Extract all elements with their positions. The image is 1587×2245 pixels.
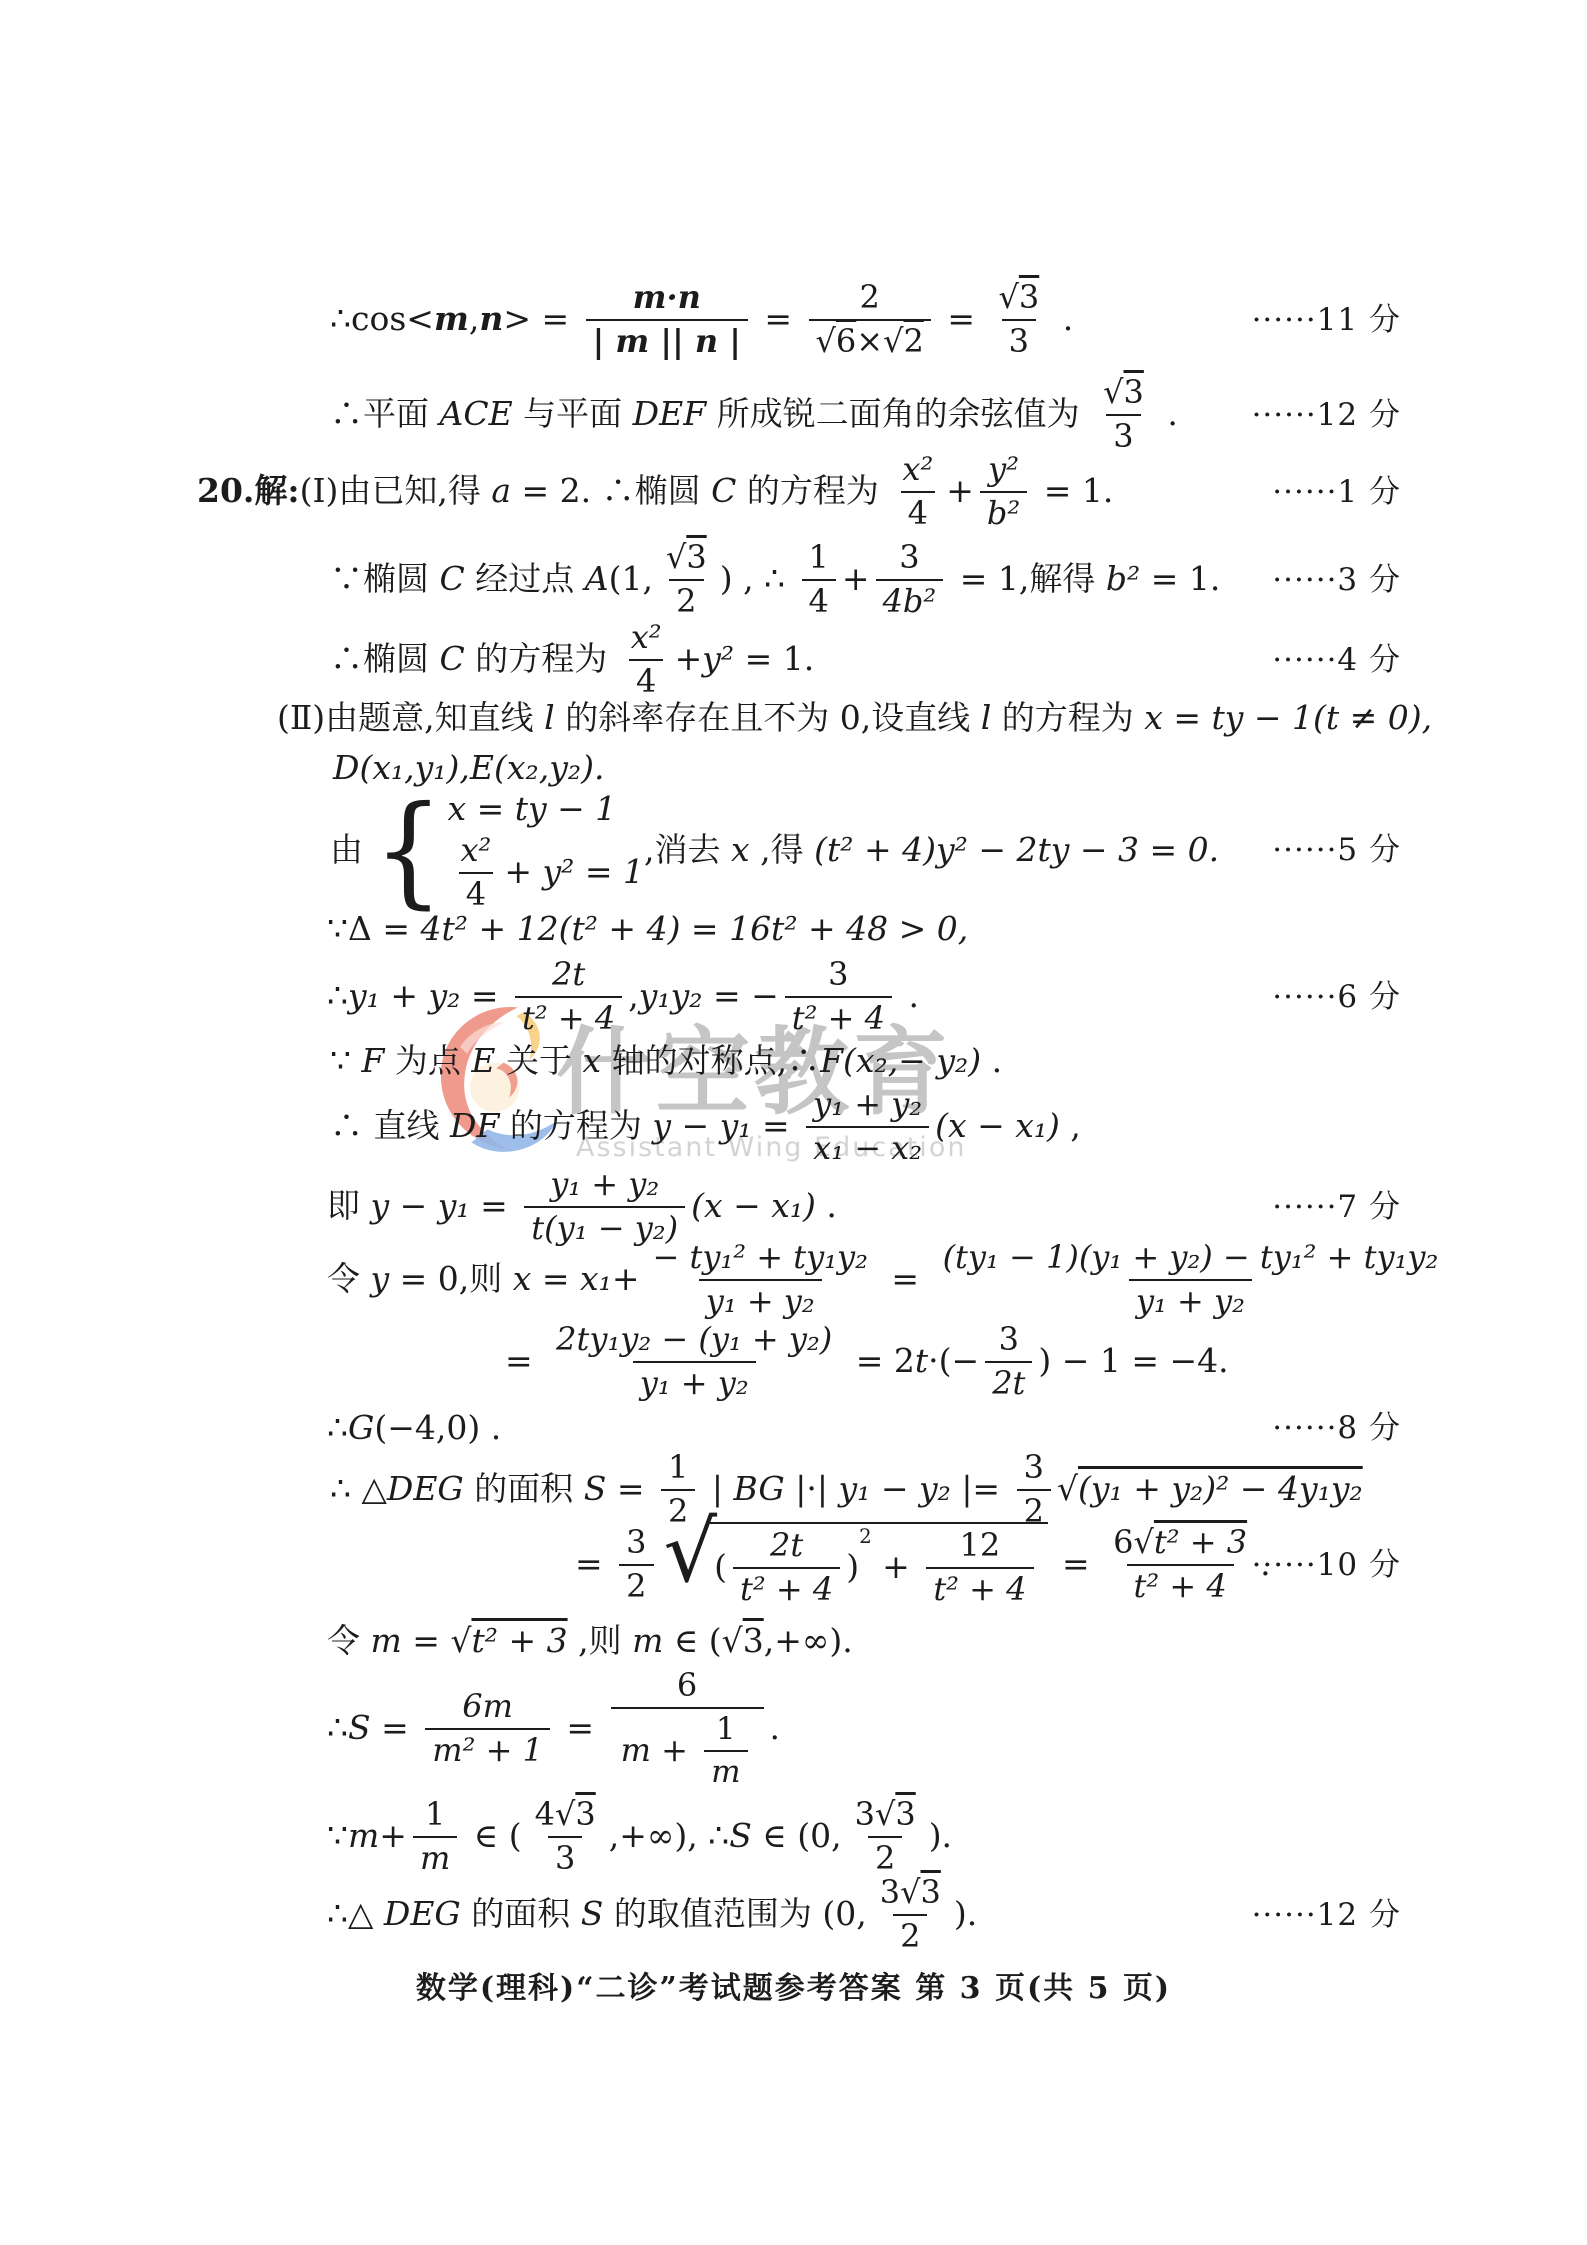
math-text: ,消去 — [644, 829, 731, 872]
math-var: (x − x₁) — [935, 1105, 1060, 1148]
frac-num: 1 — [661, 1450, 695, 1489]
solution-line-17: ∴ △DEG 的面积 S = 12 | BG |·| y₁ − y₂ |= 32… — [0, 1450, 1587, 1530]
frac-den: t² + 4 — [926, 1567, 1033, 1608]
math-text: . — [1052, 298, 1073, 341]
math-var: y — [371, 1258, 390, 1301]
math-text: ·(− — [928, 1340, 979, 1383]
math-var: ACE — [440, 393, 513, 436]
score-marker: ······10 分 — [1252, 1545, 1401, 1585]
sqrt-icon: √ — [1134, 1523, 1154, 1561]
frac-den: 2 — [619, 1564, 653, 1605]
fraction: 3√32 — [873, 1875, 948, 1955]
math-text: = — [881, 1258, 930, 1301]
math-text: + — [872, 1546, 921, 1589]
math-text: + — [675, 638, 703, 681]
math-text: ∴ — [327, 1707, 348, 1750]
frac-den: 4 — [901, 491, 935, 532]
math-var: S — [584, 1468, 607, 1511]
math-var: C — [440, 558, 465, 601]
math-var: F — [362, 1040, 385, 1083]
math-var: G — [348, 1407, 374, 1450]
sqrt-icon: √ — [1057, 1468, 1078, 1511]
math-var: S — [729, 1815, 752, 1858]
problem-number: 20.解: — [197, 470, 300, 513]
math-text: = 1. — [1033, 470, 1113, 513]
solution-line-3: 20.解:(Ⅰ)由已知,得 a = 2. ∴椭圆 C 的方程为 x²4 + y²… — [0, 452, 1587, 532]
frac-num: y² — [981, 452, 1026, 491]
frac-num: 3 — [821, 957, 855, 996]
fraction: 14 — [802, 540, 836, 620]
frac-num: x² — [895, 452, 940, 491]
math-var: l — [981, 697, 992, 740]
fraction: 1m — [413, 1797, 457, 1877]
math-var: F(x₂,− y₂) — [820, 1040, 981, 1083]
math-var: y − y₁ — [371, 1185, 470, 1228]
frac-den: | m || n | — [586, 319, 748, 360]
frac-den: t² + 4 — [785, 996, 892, 1037]
exponent: 2 — [859, 1524, 872, 1550]
frac-den: m² + 1 — [425, 1728, 550, 1769]
sqrt-body: 2 — [903, 322, 923, 360]
math-text: 令 — [327, 1620, 371, 1663]
math-text: ∵ — [327, 1815, 348, 1858]
math-var: 4t² + 12(t² + 4) = 16t² + 48 > 0, — [420, 908, 968, 951]
sqrt-icon: √ — [900, 1873, 920, 1911]
math-var: S — [348, 1707, 371, 1750]
math-text: ∴平面 — [330, 393, 440, 436]
score-marker: ······4 分 — [1272, 640, 1401, 680]
frac-num: 3 — [619, 1525, 653, 1564]
frac-den: y₁ + y₂ — [1129, 1279, 1252, 1320]
fraction: 2tt² + 4 — [733, 1528, 840, 1608]
frac-num: 6 — [670, 1668, 704, 1707]
solution-line-22: ∴△ DEG 的面积 S 的取值范围为 (0, 3√32 ). ······12… — [0, 1875, 1587, 1955]
math-text: = — [556, 1707, 605, 1750]
fraction: √33 — [1096, 375, 1151, 455]
page-footer: 数学(理科)“二诊”考试题参考答案 第 3 页(共 5 页) — [0, 1963, 1587, 2007]
math-var: n — [479, 298, 503, 341]
score-marker: ······1 分 — [1272, 472, 1401, 512]
math-var: S — [581, 1893, 604, 1936]
frac-den: t² + 4 — [1127, 1564, 1234, 1605]
frac-num: 6√t² + 3 — [1106, 1525, 1254, 1564]
frac-den: 3 — [548, 1836, 582, 1877]
sqrt-icon: √ — [450, 1620, 471, 1663]
math-var: E — [471, 1040, 495, 1083]
math-text: + — [379, 1815, 407, 1858]
math-var: (t² + 4)y² − 2ty − 3 = 0. — [814, 829, 1219, 872]
math-var: m — [371, 1620, 402, 1663]
brace-icon: { — [374, 790, 444, 911]
math-text: 与平面 — [513, 393, 633, 436]
math-text: 关于 — [495, 1040, 582, 1083]
frac-num: √3 — [659, 540, 714, 579]
frac-num: x² — [454, 833, 499, 872]
math-var: (x − x₁) — [691, 1185, 816, 1228]
fraction: √32 — [659, 540, 714, 620]
solution-line-1: ∴cos<m,n> = m·n| m || n | = 2√6×√2 = √33… — [0, 280, 1587, 360]
math-text: ∴ △ — [330, 1468, 387, 1511]
sqrt-body: t² + 3 — [471, 1620, 567, 1663]
math-text: ∴ — [327, 975, 348, 1018]
fraction: y²b² — [980, 452, 1027, 532]
math-text: 的面积 — [464, 1468, 584, 1511]
frac-num: y₁ + y₂ — [806, 1087, 929, 1126]
fraction: 6√t² + 3t² + 4 — [1106, 1525, 1254, 1605]
math-var: x — [582, 1040, 601, 1083]
math-text: = — [460, 975, 509, 1018]
fraction: 32t — [985, 1322, 1032, 1402]
math-var: x = x₁ — [513, 1258, 612, 1301]
solution-line-10: ∴y₁ + y₂ = 2tt² + 4 ,y₁y₂ = − 3t² + 4 . … — [0, 957, 1587, 1037]
score-marker: ······11 分 — [1252, 300, 1401, 340]
math-var: x — [731, 829, 750, 872]
math-text: ∴△ — [327, 1893, 384, 1936]
math-text: = 2. ∴椭圆 — [511, 470, 711, 513]
math-text: . — [1157, 393, 1178, 436]
math-text: ∵Δ = — [327, 908, 420, 951]
sqrt-icon: √ — [816, 322, 836, 360]
math-var: C — [440, 638, 465, 681]
math-var: a — [491, 470, 511, 513]
solution-line-13: 即 y − y₁ = y₁ + y₂t(y₁ − y₂) (x − x₁) . … — [0, 1167, 1587, 1247]
math-text: (1, — [609, 558, 653, 601]
math-text: ). — [929, 1815, 952, 1858]
frac-den: 4b² — [876, 579, 944, 620]
frac-num: y₁ + y₂ — [543, 1167, 666, 1206]
math-var: x = ty − 1(t ≠ 0), — [1144, 697, 1432, 740]
math-text: 所成锐二面角的余弦值为 — [706, 393, 1090, 436]
math-text: ∴椭圆 — [330, 638, 440, 681]
math-var: y₁y₂ — [639, 975, 703, 1018]
sqrt-body: 3 — [895, 1795, 915, 1833]
frac-num: 1 — [709, 1712, 743, 1750]
frac-num: √3 — [991, 280, 1046, 319]
fraction: √33 — [991, 280, 1046, 360]
solution-line-14: 令 y = 0,则 x = x₁+ − ty₁² + ty₁y₂y₁ + y₂ … — [0, 1240, 1587, 1320]
fraction: 34b² — [876, 540, 944, 620]
math-text: (−4,0) . — [374, 1407, 501, 1450]
frac-num: 3 — [992, 1322, 1026, 1361]
math-text: 的方程为 — [991, 697, 1144, 740]
math-text: ) — [846, 1546, 859, 1589]
math-text: ,则 — [568, 1620, 632, 1663]
math-text: 的取值范围为 (0, — [603, 1893, 866, 1936]
math-text: = 1. — [734, 638, 814, 681]
math-text: ) , ∴ — [720, 558, 796, 601]
solution-line-5: ∴椭圆 C 的方程为 x²4 +y² = 1. ······4 分 — [0, 620, 1587, 700]
frac-den: m — [704, 1750, 747, 1790]
math-text: 的斜率存在且不为 0,设直线 — [555, 697, 981, 740]
math-text: 为点 — [384, 1040, 471, 1083]
math-text: = — [402, 1620, 451, 1663]
frac-den: 2 — [669, 579, 703, 620]
math-text: ( — [714, 1546, 727, 1589]
frac-den: 4 — [629, 659, 663, 700]
equation-rows: x = ty − 1 x²4+ y² = 1 — [448, 788, 645, 913]
math-var: y₁ + y₂ — [348, 975, 460, 1018]
math-text: + — [612, 1258, 640, 1301]
math-var: DF — [450, 1105, 499, 1148]
math-var: y₁ − y₂ — [838, 1468, 950, 1511]
sqrt-icon: √ — [998, 278, 1018, 316]
solution-line-16: ∴G(−4,0) . ······8 分 — [0, 1407, 1587, 1450]
equation-system: { x = ty − 1 x²4+ y² = 1 — [374, 788, 645, 913]
frac-den: y₁ + y₂ — [699, 1279, 822, 1320]
frac-den: b² — [980, 491, 1027, 532]
math-text: ∈ (0, — [752, 1815, 842, 1858]
math-text: 的方程为 — [736, 470, 889, 513]
math-var: A — [585, 558, 609, 601]
fraction: − ty₁² + ty₁y₂y₁ + y₂ — [646, 1240, 875, 1320]
math-text: 由 — [330, 829, 374, 872]
fraction: 4√33 — [528, 1797, 603, 1877]
math-var: l — [544, 697, 555, 740]
sqrt-body: 3 — [575, 1795, 595, 1833]
fraction: 12t² + 4 — [926, 1528, 1033, 1608]
score-marker: ······6 分 — [1272, 977, 1401, 1017]
math-var: DEF — [633, 393, 706, 436]
sqrt-icon: √ — [555, 1795, 575, 1833]
math-text: ,得 — [750, 829, 814, 872]
sqrt-body: (2tt² + 4)2 + 12t² + 4 — [710, 1522, 1047, 1608]
math-text: ∈ ( — [463, 1815, 521, 1858]
radical: √(2tt² + 4)2 + 12t² + 4 — [664, 1522, 1048, 1608]
fraction: x²4 — [624, 620, 669, 700]
score-marker: ······8 分 — [1272, 1408, 1401, 1448]
score-marker: ······3 分 — [1272, 560, 1401, 600]
sqrt-body: t² + 3 — [1154, 1523, 1247, 1561]
frac-num: 6m — [455, 1689, 520, 1728]
math-text: = — [505, 1340, 543, 1383]
score-marker: ······12 分 — [1252, 395, 1401, 435]
math-text: ∴ 直线 — [330, 1105, 450, 1148]
solution-line-2: ∴平面 ACE 与平面 DEF 所成锐二面角的余弦值为 √33 . ······… — [0, 375, 1587, 455]
fraction: 2√6×√2 — [809, 280, 931, 360]
frac-num: 2t — [545, 957, 592, 996]
sqrt-body: 3 — [1019, 278, 1039, 316]
sqrt-body: 6 — [836, 322, 856, 360]
fraction: y₁ + y₂t(y₁ − y₂) — [524, 1167, 685, 1247]
math-text: = 2 — [845, 1340, 915, 1383]
frac-den: x₁ − x₂ — [806, 1126, 929, 1167]
math-text: ,+∞), ∴ — [609, 1815, 729, 1858]
solution-line-4: ∵椭圆 C 经过点 A(1, √32 ) , ∴ 14 + 34b² = 1,解… — [0, 540, 1587, 620]
sqrt-body: 3 — [686, 538, 706, 576]
math-text: + — [946, 470, 974, 513]
frac-den: 3 — [1106, 414, 1140, 455]
math-text: 经过点 — [465, 558, 585, 601]
math-var: C — [711, 470, 736, 513]
fraction: m·n| m || n | — [586, 280, 748, 360]
math-var: m + — [621, 1733, 699, 1769]
math-text: ,+∞). — [764, 1620, 853, 1663]
frac-den: m — [413, 1836, 457, 1877]
math-text: 的面积 — [461, 1893, 581, 1936]
math-text: 的方程为 — [499, 1105, 652, 1148]
math-text: , — [469, 298, 480, 341]
frac-num: 2t — [763, 1528, 810, 1567]
fraction: 3√32 — [848, 1797, 923, 1877]
math-text: + — [842, 558, 870, 601]
frac-den: 2 — [868, 1836, 902, 1877]
math-text: 令 — [327, 1258, 371, 1301]
frac-num: 3√3 — [848, 1797, 923, 1836]
fraction: x²4 — [454, 833, 499, 913]
math-var: t — [915, 1340, 928, 1383]
sqrt-icon: √ — [666, 538, 686, 576]
math-text: (Ⅰ)由已知,得 — [300, 470, 492, 513]
solution-line-20: ∴S = 6mm² + 1 = 6m + 1m . — [0, 1668, 1587, 1789]
fraction: 32 — [1017, 1450, 1051, 1530]
fraction: 32 — [619, 1525, 653, 1605]
sqrt-body: 3 — [1123, 373, 1143, 411]
frac-den: 2 — [893, 1914, 927, 1955]
sqrt-icon: √ — [664, 1510, 718, 1594]
math-text: |= — [951, 1468, 1011, 1511]
math-text: = — [371, 1707, 420, 1750]
frac-den: t² + 4 — [515, 996, 622, 1037]
score-marker: ······12 分 — [1252, 1895, 1401, 1935]
frac-den: 3 — [1002, 319, 1036, 360]
math-text: ∵椭圆 — [330, 558, 440, 601]
frac-den: t² + 4 — [733, 1567, 840, 1608]
fraction: x²4 — [895, 452, 940, 532]
math-var: m — [434, 298, 469, 341]
solution-line-12: ∴ 直线 DF 的方程为 y − y₁ = y₁ + y₂x₁ − x₂ (x … — [0, 1087, 1587, 1167]
math-text: = — [751, 1105, 800, 1148]
sqrt-body: 3 — [743, 1620, 764, 1663]
frac-num: 2ty₁y₂ − (y₁ + y₂) — [549, 1322, 839, 1361]
fraction: 6mm² + 1 — [425, 1689, 550, 1769]
math-var: y² — [702, 638, 734, 681]
fraction: 6m + 1m — [611, 1668, 764, 1789]
math-var: m — [632, 1620, 663, 1663]
frac-num: − ty₁² + ty₁y₂ — [646, 1240, 875, 1279]
math-text: . — [898, 975, 919, 1018]
fraction: 3t² + 4 — [785, 957, 892, 1037]
sqrt-icon: √ — [875, 1795, 895, 1833]
frac-den: y₁ + y₂ — [633, 1361, 756, 1402]
math-text: |·| — [785, 1468, 839, 1511]
math-text: 轴的对称点,∴ — [601, 1040, 820, 1083]
math-var: y − y₁ — [652, 1105, 751, 1148]
math-text: 6 — [1113, 1523, 1133, 1561]
math-text: = — [575, 1543, 613, 1586]
math-text: = — [1052, 1543, 1101, 1586]
solution-line-15: = 2ty₁y₂ − (y₁ + y₂)y₁ + y₂ = 2t·(− 32t … — [0, 1322, 1587, 1402]
fraction: (ty₁ − 1)(y₁ + y₂) − ty₁² + ty₁y₂y₁ + y₂ — [936, 1240, 1446, 1320]
fraction: 2ty₁y₂ − (y₁ + y₂)y₁ + y₂ — [549, 1322, 839, 1402]
math-text: 3 — [855, 1795, 875, 1833]
math-var: b² — [1106, 558, 1140, 601]
sqrt-body: (y₁ + y₂)² − 4y₁y₂ — [1078, 1468, 1363, 1511]
math-text: , — [628, 975, 639, 1018]
frac-num: 3√3 — [873, 1875, 948, 1914]
frac-num: x² — [624, 620, 669, 659]
math-var: BG — [734, 1468, 785, 1511]
math-text: ∈ ( — [663, 1620, 721, 1663]
frac-num: 3 — [1017, 1450, 1051, 1489]
frac-den: 2t — [985, 1361, 1032, 1402]
math-text: = − — [702, 975, 778, 1018]
solution-line-11: ∵ F 为点 E 关于 x 轴的对称点,∴F(x₂,− y₂) . — [0, 1040, 1587, 1083]
math-text: ∵ — [330, 1040, 362, 1083]
frac-den: m + 1m — [611, 1707, 764, 1790]
math-text: . — [981, 1040, 1002, 1083]
frac-num: 4√3 — [528, 1797, 603, 1836]
math-text: = — [470, 1185, 519, 1228]
frac-num: √3 — [1096, 375, 1151, 414]
math-text: × — [856, 322, 883, 360]
score-marker: ······5 分 — [1272, 830, 1401, 870]
frac-num: 1 — [418, 1797, 452, 1836]
math-text: 3 — [880, 1873, 900, 1911]
solution-line-21: ∵m+ 1m ∈ ( 4√33 ,+∞), ∴S ∈ (0, 3√32 ). — [0, 1797, 1587, 1877]
math-text: = — [937, 298, 986, 341]
solution-line-18: = 32 √(2tt² + 4)2 + 12t² + 4 = 6√t² + 3t… — [0, 1522, 1587, 1608]
solution-line-8: 由 { x = ty − 1 x²4+ y² = 1 ,消去 x ,得 (t² … — [0, 788, 1587, 913]
frac-den: 4 — [459, 872, 493, 913]
math-text: = 1,解得 — [949, 558, 1106, 601]
math-text: = — [606, 1468, 655, 1511]
math-text: 即 — [327, 1185, 371, 1228]
solution-line-6: (Ⅱ)由题意,知直线 l 的斜率存在且不为 0,设直线 l 的方程为 x = t… — [0, 697, 1587, 740]
math-text: . — [816, 1185, 837, 1228]
sqrt-icon: √ — [722, 1620, 743, 1663]
frac-num: m·n — [626, 280, 708, 319]
math-text: = 0,则 — [389, 1258, 513, 1301]
frac-num: 12 — [953, 1528, 1008, 1567]
math-text: ∴cos< — [330, 298, 434, 341]
answer-sheet-page: 什空教育 Assistant Wing Education ∴cos<m,n> … — [0, 0, 1587, 2245]
score-marker: ······7 分 — [1272, 1187, 1401, 1227]
sqrt-icon: √ — [883, 322, 903, 360]
frac-num: 1 — [802, 540, 836, 579]
frac-num: (ty₁ − 1)(y₁ + y₂) − ty₁² + ty₁y₂ — [936, 1240, 1446, 1279]
math-text: > = — [503, 298, 579, 341]
math-text: = 1. — [1140, 558, 1220, 601]
frac-den: √6×√2 — [809, 319, 931, 360]
math-var: DEG — [384, 1893, 461, 1936]
equation-row: x²4+ y² = 1 — [448, 833, 645, 913]
math-text: , — [1060, 1105, 1081, 1148]
math-var: + y² = 1 — [504, 851, 644, 894]
fraction: 2tt² + 4 — [515, 957, 622, 1037]
sqrt-icon: √ — [1103, 373, 1123, 411]
math-text: . — [770, 1707, 781, 1750]
math-text: 4 — [535, 1795, 555, 1833]
solution-line-19: 令 m = √t² + 3 ,则 m ∈ ( √3 ,+∞). — [0, 1620, 1587, 1663]
fraction: y₁ + y₂x₁ − x₂ — [806, 1087, 929, 1167]
frac-num: 3 — [892, 540, 926, 579]
math-text: 的方程为 — [465, 638, 618, 681]
math-text: = — [754, 298, 803, 341]
math-text: ). — [954, 1893, 977, 1936]
frac-num: 2 — [853, 280, 887, 319]
frac-den: 4 — [802, 579, 836, 620]
equation-row: x = ty − 1 — [448, 788, 617, 831]
fraction: 1m — [704, 1712, 747, 1790]
math-text: (Ⅱ)由题意,知直线 — [277, 697, 544, 740]
math-var: DEG — [387, 1468, 464, 1511]
sqrt-body: 3 — [920, 1873, 940, 1911]
math-var: m — [348, 1815, 379, 1858]
math-text: ) − 1 = −4. — [1038, 1340, 1228, 1383]
solution-line-9: ∵Δ = 4t² + 12(t² + 4) = 16t² + 48 > 0, — [0, 908, 1587, 951]
math-text: ∴ — [327, 1407, 348, 1450]
solution-line-7: D(x₁,y₁),E(x₂,y₂). — [0, 747, 1587, 790]
